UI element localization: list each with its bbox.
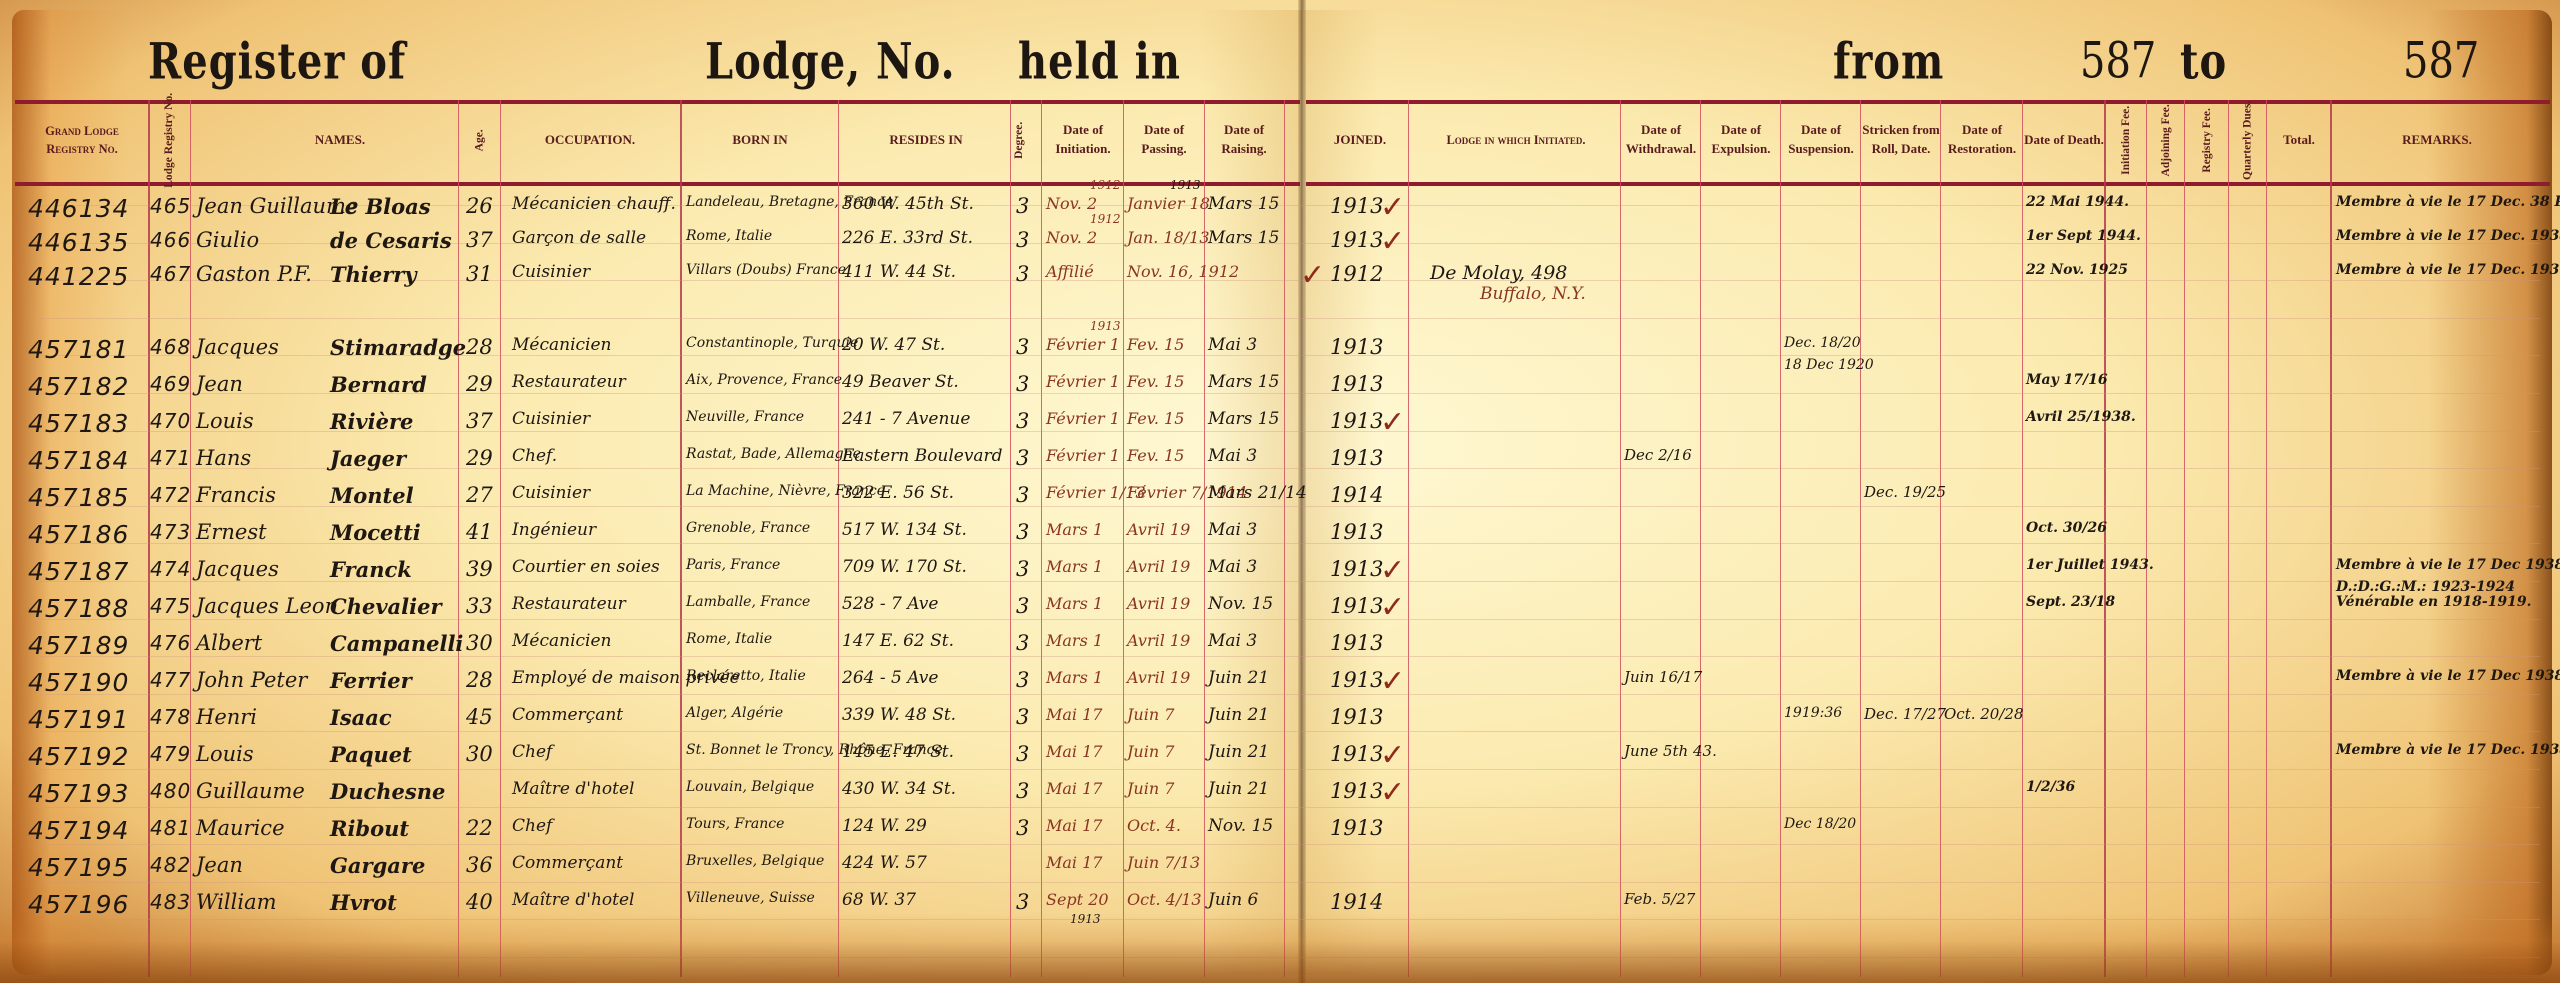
row-rule [40,506,2540,507]
age: 45 [466,705,493,729]
born-in: Paris, France [686,557,780,573]
date-passing: Fev. 15 [1127,372,1184,391]
born-in: Grenoble, France [686,520,810,536]
check-mark-icon: ✓ [1380,405,1405,440]
joined: 1914 [1330,890,1383,914]
age: 37 [466,228,493,252]
degree: 3 [1016,742,1029,766]
occupation: Courtier en soies [512,557,660,577]
title-register-of: Register of [148,32,406,91]
date-passing: Juin 7 [1127,742,1174,761]
date-death: 22 Nov. 1925 [2026,262,2128,278]
last-name: Hvrot [330,890,397,915]
resides-in: 49 Beaver St. [842,372,959,392]
resides-in: 145 E. 47 St. [842,742,954,762]
first-name: Hans [196,446,251,470]
lodge-registry-no: 483 [150,890,191,914]
date-initiation: Mars 1 [1046,668,1103,687]
born-in: Aix, Provence, France [686,372,842,388]
column-rule [458,100,459,977]
date-suspension: 1919:36 [1784,705,1842,721]
first-name: Henri [196,705,257,729]
date-withdrawal: Dec 2/16 [1624,446,1692,464]
last-name: Jaeger [330,446,406,471]
first-name: Jacques [196,557,279,581]
age: 36 [466,853,493,877]
date-passing: Fev. 15 [1127,409,1184,428]
degree: 3 [1016,779,1029,803]
lodge-registry-no: 476 [150,631,191,655]
title-from: from [1833,32,1944,91]
grand-lodge-registry-no: 457191 [28,705,129,734]
check-mark-icon: ✓ [1380,190,1405,225]
column-rule [2228,100,2229,977]
grand-lodge-registry-no: 446134 [28,194,129,223]
date-initiation: Affilié [1046,262,1094,281]
column-rule [1940,100,1941,977]
col-degree: Degree. [1000,104,1040,176]
date-raising: Mai 3 [1208,335,1257,355]
resides-in: 709 W. 170 St. [842,557,967,577]
grand-lodge-registry-no: 457189 [28,631,129,660]
col-occupation: OCCUPATION. [500,104,680,176]
row-rule [40,844,2540,845]
age: 37 [466,409,493,433]
date-raising: Juin 21 [1208,779,1269,799]
occupation: Garçon de salle [512,228,646,248]
occupation: Commerçant [512,853,623,873]
col-quarterly-dues-label: Quarterly Dues. [2240,100,2257,179]
resides-in: Eastern Boulevard [842,446,1003,466]
col-date-death: Date of Death. [2024,104,2104,176]
from-value: 587 [2080,32,2156,90]
lodge-registry-no: 475 [150,594,191,618]
date-passing: Jan. 18/13 [1127,228,1210,247]
last-name: Gargare [330,853,425,878]
col-lodge-registry-label: Lodge Registry No. [161,93,178,188]
stricken-date: Dec. 19/25 [1864,483,1946,501]
col-resides-in: RESIDES IN [840,104,1012,176]
resides-in: 68 W. 37 [842,890,916,910]
last-name: Ribout [330,816,409,841]
occupation: Maître d'hotel [512,890,634,910]
row-rule [40,431,2540,432]
grand-lodge-registry-no: 457186 [28,520,129,549]
row-rule [40,731,2540,732]
column-rule [500,100,501,977]
remarks: Membre à vie le 17 Dec. 1938 [2336,228,2560,244]
occupation: Cuisinier [512,409,590,429]
col-born-in: BORN IN [682,104,838,176]
column-rule [680,100,682,977]
col-stricken: Stricken from Roll, Date. [1862,104,1940,176]
column-rule [1860,100,1861,977]
date-passing: Oct. 4/13 [1127,890,1202,909]
date-initiation: Mai 17 [1046,853,1102,872]
lodge-registry-no: 472 [150,483,191,507]
check-mark-icon: ✓ [1380,224,1405,259]
col-initiation-fee: Initiation Fee. [2106,104,2146,176]
resides-in: 528 - 7 Ave [842,594,938,614]
resides-in: 430 W. 34 St. [842,779,956,799]
age: 29 [466,446,493,470]
title-held-in: held in [1018,32,1181,91]
row-rule [40,919,2540,920]
check-mark-icon: ✓ [1380,590,1405,625]
column-rule [1780,100,1781,977]
grand-lodge-registry-no: 457184 [28,446,129,475]
first-name: Guillaume [196,779,305,803]
last-name: Isaac [330,705,392,730]
date-raising: Mars 15 [1208,194,1279,214]
age: 27 [466,483,493,507]
lodge-registry-no: 474 [150,557,191,581]
occupation: Restaurateur [512,594,626,614]
last-name: Ferrier [330,668,412,693]
age: 22 [466,816,493,840]
column-rule [2022,100,2023,977]
initiation-year: 1913 [1090,319,1121,333]
lodge-initiated: De Molay, 498 [1430,262,1567,284]
occupation: Cuisinier [512,262,590,282]
first-name: Maurice [196,816,285,840]
date-initiation: Nov. 2 [1046,228,1097,247]
resides-in: 322 E. 56 St. [842,483,954,503]
date-initiation: Février 1 [1046,446,1120,465]
grand-lodge-registry-no: 457193 [28,779,129,808]
resides-in: 264 - 5 Ave [842,668,938,688]
resides-in: 424 W. 57 [842,853,927,873]
age: 39 [466,557,493,581]
date-raising: Juin 21 [1208,705,1269,725]
last-name: Montel [330,483,414,508]
date-raising: Juin 6 [1208,890,1258,910]
column-rule [1010,100,1011,977]
first-name: Ernest [196,520,267,544]
col-total: Total. [2268,104,2330,176]
born-in: Bruxelles, Belgique [686,853,824,869]
degree: 3 [1016,194,1029,218]
joined: 1913 [1330,446,1383,470]
occupation: Maître d'hotel [512,779,634,799]
first-name: Louis [196,742,254,766]
check-mark-icon: ✓ [1300,258,1325,293]
joined: 1913 [1330,705,1383,729]
joined: 1913 [1330,816,1383,840]
occupation: Chef [512,816,552,836]
date-initiation: Mai 17 [1046,705,1102,724]
born-in: Rome, Italie [686,228,772,244]
date-death: Sept. 23/18 [2026,594,2115,610]
date-raising: Mars 15 [1208,372,1279,392]
degree: 3 [1016,705,1029,729]
date-initiation: Mars 1 [1046,520,1103,539]
date-withdrawal: Feb. 5/27 [1624,890,1695,908]
grand-lodge-registry-no: 446135 [28,228,129,257]
date-death: 22 Mai 1944. [2026,194,2129,210]
resides-in: 226 E. 33rd St. [842,228,973,248]
date-raising: Mars 15 [1208,409,1279,429]
first-name: Francis [196,483,276,507]
resides-in: 360 W. 45th St. [842,194,974,214]
date-passing: Fev. 15 [1127,335,1184,354]
date-passing: Avril 19 [1127,594,1190,613]
date-raising: Mai 3 [1208,557,1257,577]
col-date-raising: Date of Raising. [1206,104,1282,176]
remarks: Membre à vie le 17 Dec 1938 [2336,557,2560,573]
lodge-registry-no: 469 [150,372,191,396]
first-name: Jean [196,853,243,877]
last-name: Stimaradge [330,335,466,360]
lodge-registry-no: 477 [150,668,191,692]
joined: 1913 [1330,557,1383,581]
age: 26 [466,194,493,218]
occupation: Chef. [512,446,557,466]
occupation: Commerçant [512,705,623,725]
date-withdrawal: June 5th 43. [1624,742,1717,760]
initiation-year: 1912 [1090,178,1121,192]
born-in: Alger, Algérie [686,705,783,721]
born-in: Rome, Italie [686,631,772,647]
date-initiation: Nov. 2 [1046,194,1097,213]
date-passing: Nov. 16, 1912 [1127,262,1239,281]
row-rule [40,694,2540,695]
check-mark-icon: ✓ [1380,738,1405,773]
resides-in: 339 W. 48 St. [842,705,956,725]
first-name: Jacques Leon [196,594,338,618]
date-restoration: Oct. 20/28 [1944,705,2024,723]
column-rule [1284,100,1285,977]
born-in: Constantinople, Turquie [686,335,858,351]
date-passing: Juin 7 [1127,779,1174,798]
column-rule [1408,100,1409,977]
resides-in: 411 W. 44 St. [842,262,956,282]
date-passing: Avril 19 [1127,631,1190,650]
col-adjoining-fee-label: Adjoining Fee. [2158,104,2175,176]
degree: 3 [1016,631,1029,655]
degree: 3 [1016,262,1029,286]
last-name: Duchesne [330,779,445,804]
lodge-registry-no: 470 [150,409,191,433]
occupation: Restaurateur [512,372,626,392]
date-raising: Mars 15 [1208,228,1279,248]
degree: 3 [1016,557,1029,581]
col-lodge-initiated: Lodge in which Initiated. [1412,104,1620,176]
first-name: Giulio [196,228,259,252]
lodge-registry-no: 468 [150,335,191,359]
born-in: Tours, France [686,816,784,832]
last-name: Mocetti [330,520,421,545]
initiation-year-below: 1913 [1070,912,1101,926]
age: 28 [466,668,493,692]
check-mark-icon: ✓ [1380,775,1405,810]
date-initiation: Février 1 [1046,409,1120,428]
column-rule [2266,100,2267,977]
born-in: Lamballe, France [686,594,810,610]
date-death: May 17/16 [2026,372,2108,388]
date-passing: Oct. 4. [1127,816,1181,835]
joined: 1913 [1330,409,1383,433]
col-date-passing: Date of Passing. [1125,104,1203,176]
joined: 1913 [1330,594,1383,618]
joined: 1913 [1330,742,1383,766]
last-name: de Cesaris [330,228,452,253]
row-rule [40,656,2540,657]
born-in: Rastat, Bade, Allemagne [686,446,861,462]
row-rule [40,807,2540,808]
lodge-initiated-city: Buffalo, N.Y. [1480,284,1586,304]
age: 33 [466,594,493,618]
row-rule [40,882,2540,883]
date-raising: Mai 3 [1208,631,1257,651]
date-raising: Mars 21/14 [1208,483,1307,503]
date-passing: Avril 19 [1127,557,1190,576]
date-initiation: Mai 17 [1046,779,1102,798]
degree: 3 [1016,335,1029,359]
joined: 1914 [1330,483,1383,507]
joined: 1913 [1330,668,1383,692]
occupation: Mécanicien [512,631,611,651]
date-suspension-corrected: 18 Dec 1920 [1784,357,1874,373]
grand-lodge-registry-no: 457194 [28,816,129,845]
column-rule [2184,100,2185,977]
date-raising: Nov. 15 [1208,816,1273,836]
occupation: Chef [512,742,552,762]
grand-lodge-registry-no: 457182 [28,372,129,401]
age: 41 [466,520,493,544]
lodge-registry-no: 465 [150,194,191,218]
lodge-registry-no: 479 [150,742,191,766]
resides-in: 517 W. 134 St. [842,520,967,540]
first-name: Albert [196,631,262,655]
resides-in: 20 W. 47 St. [842,335,945,355]
first-name: Louis [196,409,254,433]
column-rule [838,100,839,977]
degree: 3 [1016,890,1029,914]
occupation: Mécanicien [512,335,611,355]
occupation: Mécanicien chauff. [512,194,676,214]
date-passing: Avril 19 [1127,668,1190,687]
column-rule [2330,100,2332,977]
age: 30 [466,742,493,766]
title-to: to [2180,32,2227,91]
col-registry-fee-label: Registry Fee. [2199,108,2216,173]
col-date-expulsion: Date of Expulsion. [1702,104,1780,176]
lodge-registry-no: 482 [150,853,191,877]
col-lodge-registry: Lodge Registry No. [148,104,190,176]
degree: 3 [1016,372,1029,396]
degree: 3 [1016,816,1029,840]
degree: 3 [1016,668,1029,692]
born-in: Reclaretto, Italie [686,668,806,684]
date-raising: Mai 3 [1208,520,1257,540]
initiation-year: 1912 [1090,212,1121,226]
check-mark-icon: ✓ [1380,553,1405,588]
date-death: Avril 25/1938. [2026,409,2136,425]
row-rule [40,318,2540,319]
last-name: Chevalier [330,594,442,619]
row-rule [40,769,2540,770]
occupation: Cuisinier [512,483,590,503]
date-initiation: Mars 1 [1046,557,1103,576]
col-quarterly-dues: Quarterly Dues. [2230,104,2266,176]
joined: 1913 [1330,228,1383,252]
col-names: NAMES. [192,104,488,176]
joined: 1913 [1330,520,1383,544]
remarks-line-2: D.:D.:G.:M.: 1923-1924 [2336,579,2515,595]
last-name: Le Bloas [330,194,431,219]
date-initiation: Mars 1 [1046,594,1103,613]
remarks: Membre à vie le 17 Dec. 1938. [2336,742,2560,758]
age: 31 [466,262,493,286]
born-in: Louvain, Belgique [686,779,814,795]
resides-in: 124 W. 29 [842,816,927,836]
joined: 1913 [1330,335,1383,359]
col-degree-label: Degree. [1012,121,1029,158]
col-joined: JOINED. [1310,104,1410,176]
col-date-restoration: Date of Restoration. [1942,104,2022,176]
grand-lodge-registry-no: 457187 [28,557,129,586]
date-passing: Juin 7/13 [1127,853,1200,872]
grand-lodge-registry-no: 457196 [28,890,129,919]
date-passing: Avril 19 [1127,520,1190,539]
joined: 1913 [1330,631,1383,655]
col-registry-fee: Registry Fee. [2186,104,2228,176]
col-age-label: Age. [472,129,489,151]
lodge-registry-no: 473 [150,520,191,544]
col-date-withdrawal: Date of Withdrawal. [1622,104,1700,176]
resides-in: 241 - 7 Avenue [842,409,970,429]
grand-lodge-registry-no: 457181 [28,335,129,364]
born-in: Neuville, France [686,409,804,425]
date-initiation: Février 1 [1046,372,1120,391]
column-rule [1620,100,1621,977]
born-in: Villars (Doubs) France [686,262,846,278]
degree: 3 [1016,446,1029,470]
row-rule [40,468,2540,469]
register-book-spread: Register of Lodge, No. held in from 587 … [0,0,2560,983]
last-name: Thierry [330,262,417,287]
stricken-date: Dec. 17/27 [1864,705,1946,723]
lodge-registry-no: 467 [150,262,191,286]
born-in: Villeneuve, Suisse [686,890,815,906]
date-passing: Fev. 15 [1127,446,1184,465]
col-age: Age. [460,104,500,176]
lodge-registry-no: 478 [150,705,191,729]
check-mark-icon: ✓ [1380,664,1405,699]
column-rule [1041,100,1042,977]
to-value: 587 [2403,32,2479,90]
last-name: Paquet [330,742,412,767]
first-name: Jacques [196,335,279,359]
grand-lodge-registry-no: 441225 [28,262,129,291]
remarks: Membre à vie le 17 Dec. 1937 [2336,262,2560,278]
joined: 1913 [1330,194,1383,218]
last-name: Rivière [330,409,413,434]
col-adjoining-fee: Adjoining Fee. [2148,104,2184,176]
degree: 3 [1016,483,1029,507]
first-name: Jean [196,372,243,396]
grand-lodge-registry-no: 457190 [28,668,129,697]
remarks: Membre à vie le 17 Dec. 38 P.:M.: [2336,194,2560,210]
title-lodge-no: Lodge, No. [705,32,956,91]
lodge-registry-no: 471 [150,446,191,470]
row-rule [40,957,2540,958]
degree: 3 [1016,520,1029,544]
date-death: Oct. 30/26 [2026,520,2107,536]
date-initiation: Février 1 [1046,335,1120,354]
col-date-suspension: Date of Suspension. [1782,104,1860,176]
